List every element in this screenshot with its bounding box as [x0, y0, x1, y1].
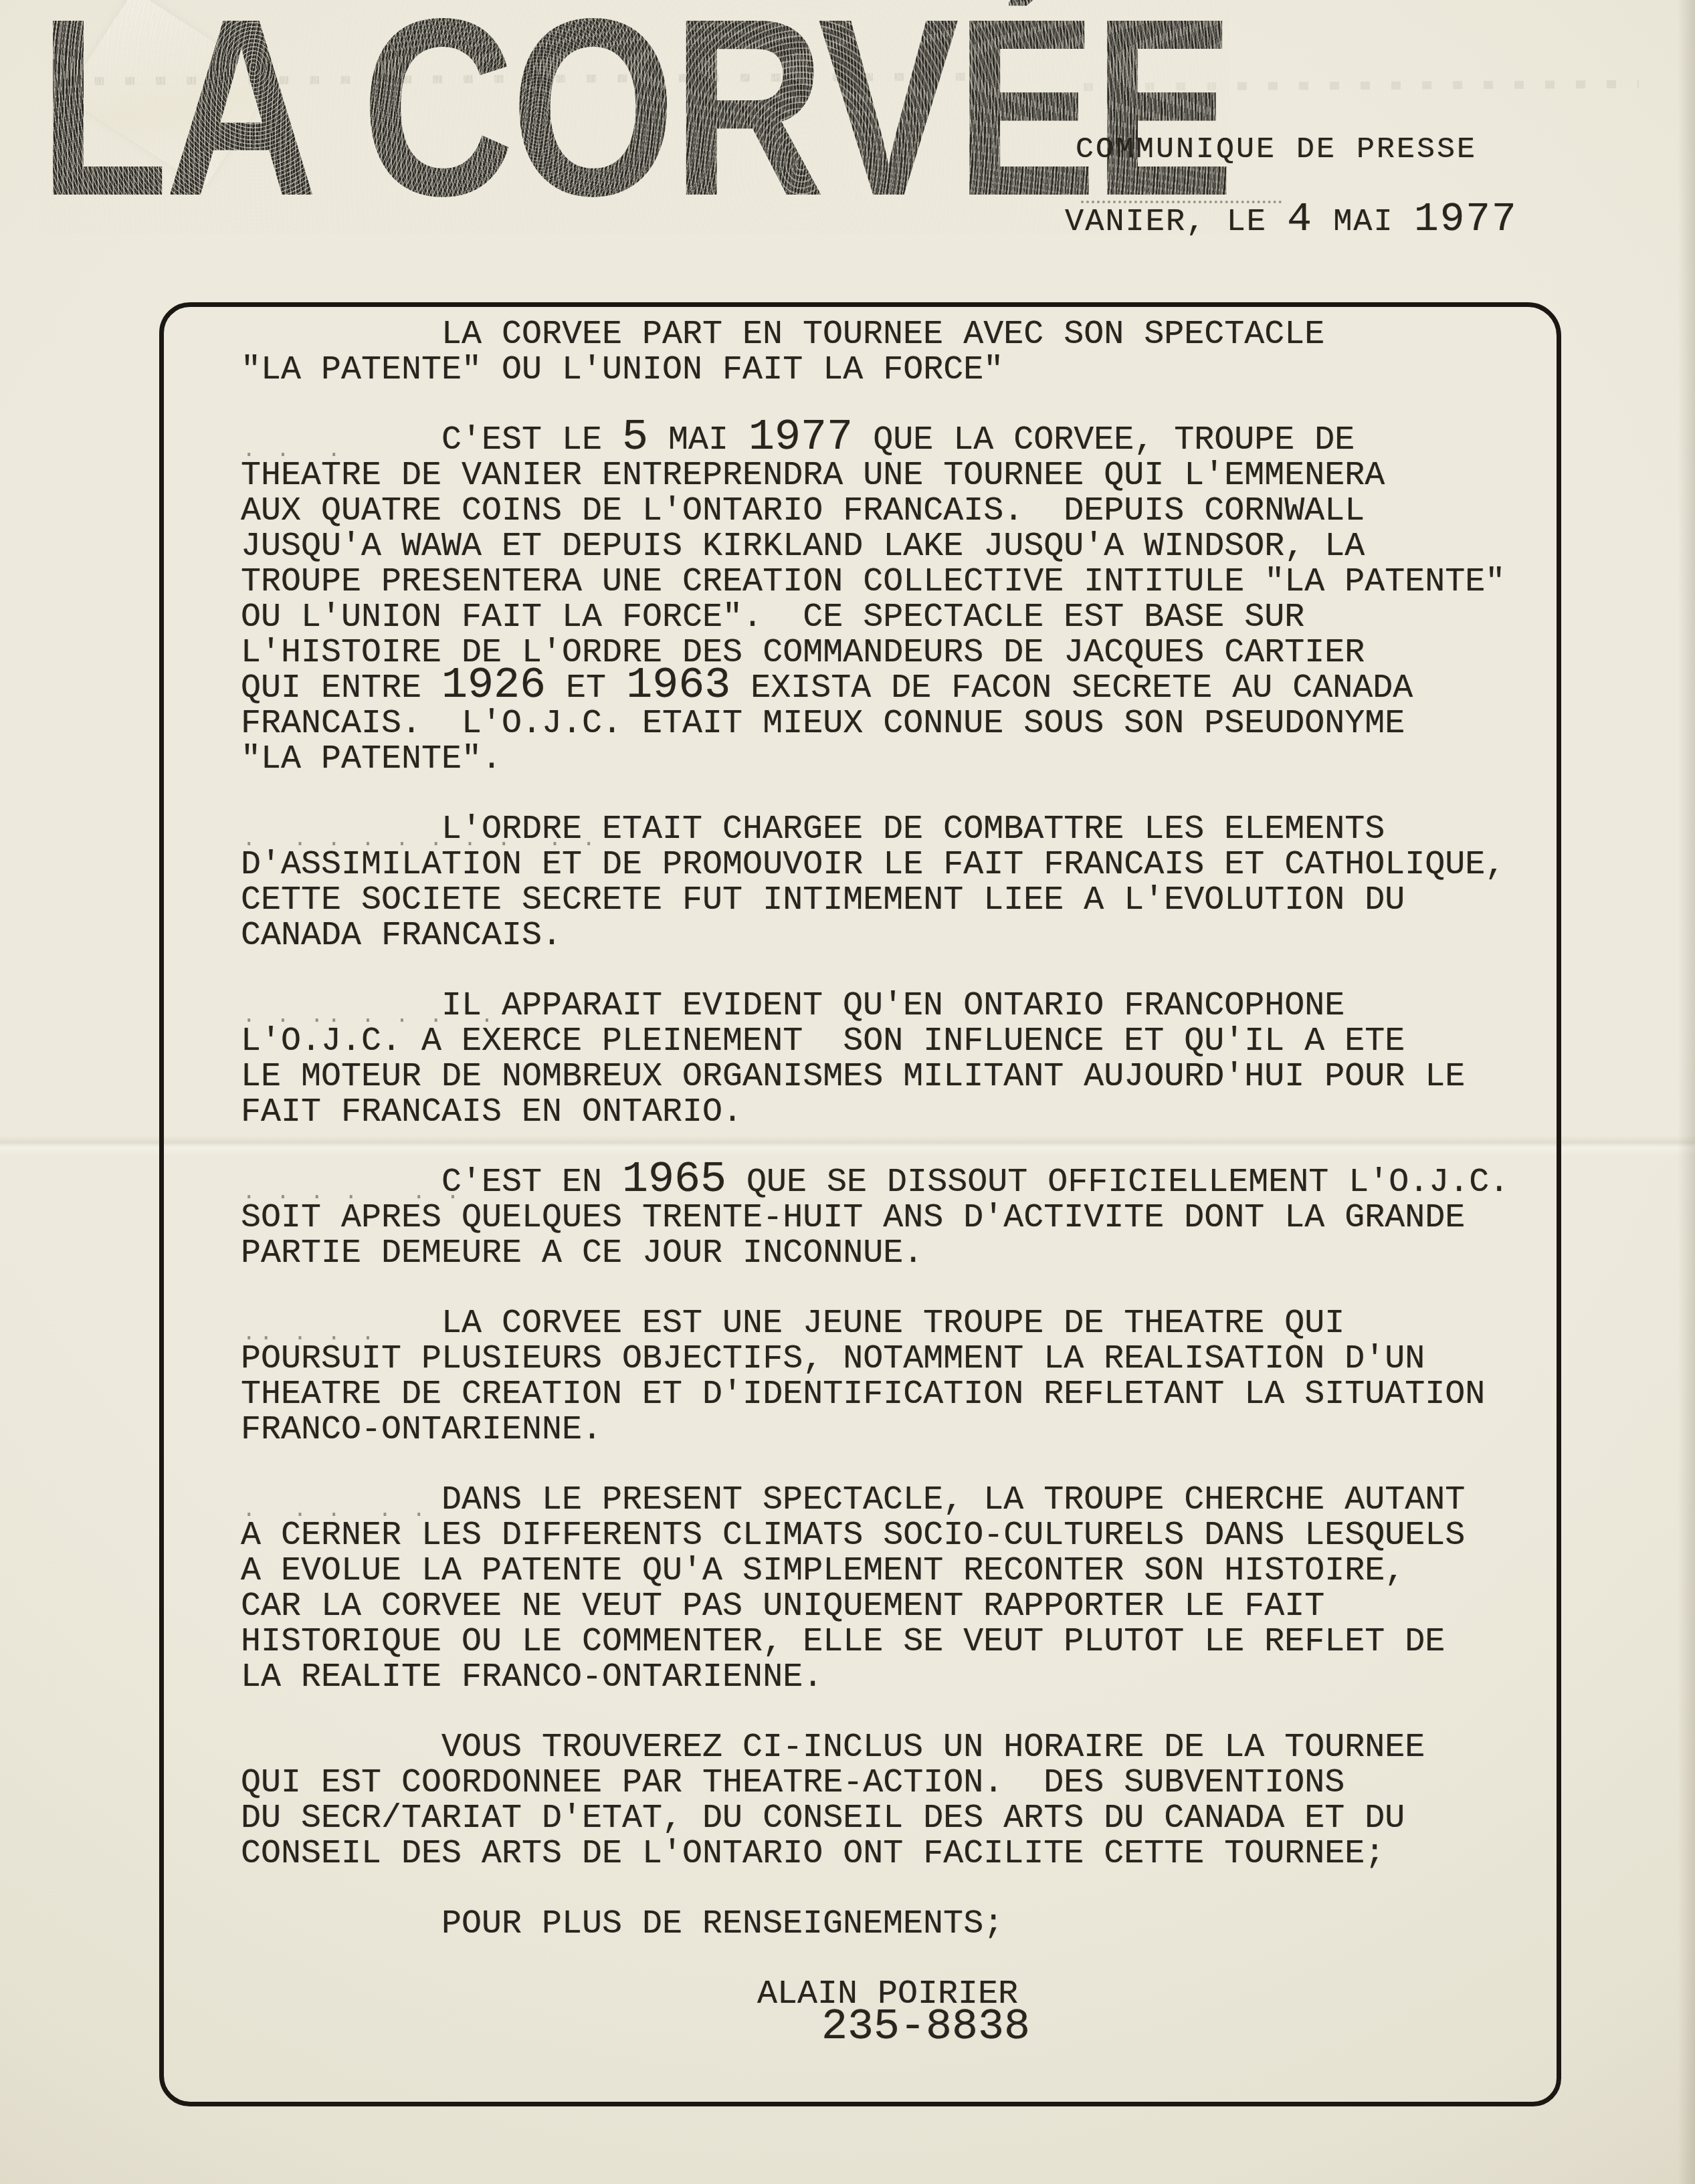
- signature-block: ALAIN POIRIER 235-8838: [757, 1977, 1545, 2048]
- typed-line: "LA PATENTE" OU L'UNION FAIT LA FORCE": [241, 352, 1545, 388]
- typed-line: FAIT FRANCAIS EN ONTARIO.: [241, 1095, 1545, 1130]
- typed-body: LA CORVEE PART EN TOURNEE AVEC SON SPECT…: [241, 317, 1545, 2048]
- typed-line: D'ASSIMILATION ET DE PROMOUVOIR LE FAIT …: [241, 847, 1545, 883]
- scan-edge-shadow: [1678, 0, 1695, 2184]
- typed-line: QUI ENTRE 1926 ET 1963 EXISTA DE FACON S…: [241, 671, 1545, 706]
- typed-line: OU L'UNION FAIT LA FORCE". CE SPECTACLE …: [241, 600, 1545, 635]
- typed-line: TROUPE PRESENTERA UNE CREATION COLLECTIV…: [241, 564, 1545, 600]
- paragraph: LA CORVEE EST UNE JEUNE TROUPE DE THEATR…: [241, 1306, 1545, 1448]
- typed-line: "LA PATENTE".: [241, 742, 1545, 777]
- typed-line: THEATRE DE VANIER ENTREPRENDRA UNE TOURN…: [241, 458, 1545, 494]
- dotted-separator: [1081, 201, 1282, 203]
- typed-line: PARTIE DEMEURE A CE JOUR INCONNUE.: [241, 1236, 1545, 1271]
- typed-line: POUR PLUS DE RENSEIGNEMENTS;: [241, 1906, 1545, 1942]
- typed-line: A EVOLUE LA PATENTE QU'A SIMPLEMENT RECO…: [241, 1553, 1545, 1589]
- typed-line: LA CORVEE PART EN TOURNEE AVEC SON SPECT…: [241, 317, 1545, 352]
- typed-line: CAR LA CORVEE NE VEUT PAS UNIQUEMENT RAP…: [241, 1589, 1545, 1624]
- typed-line: FRANCO-ONTARIENNE.: [241, 1412, 1545, 1448]
- typed-line: JUSQU'A WAWA ET DEPUIS KIRKLAND LAKE JUS…: [241, 529, 1545, 564]
- typed-line: CETTE SOCIETE SECRETE FUT INTIMEMENT LIE…: [241, 883, 1545, 918]
- typed-line: L'HISTOIRE DE L'ORDRE DES COMMANDEURS DE…: [241, 635, 1545, 671]
- scanned-press-release-page: { "document": { "logo": "LA CORVÉE", "pr…: [0, 0, 1695, 2184]
- typed-line: A CERNER LES DIFFERENTS CLIMATS SOCIO-CU…: [241, 1518, 1545, 1553]
- la-corvee-stamp-logo: LA CORVÉE: [39, 0, 1231, 234]
- signature-phone: 235-8838: [757, 2012, 1545, 2048]
- paragraph: VOUS TROUVEREZ CI-INCLUS UN HORAIRE DE L…: [241, 1730, 1545, 1872]
- typed-line: DANS LE PRESENT SPECTACLE, LA TROUPE CHE…: [241, 1483, 1545, 1518]
- press-release-label: COMMUNIQUE DE PRESSE: [1076, 132, 1477, 167]
- typed-line: CONSEIL DES ARTS DE L'ONTARIO ONT FACILI…: [241, 1836, 1545, 1872]
- paragraph: C'EST LE 5 MAI 1977 QUE LA CORVEE, TROUP…: [241, 423, 1545, 777]
- typed-line: LA CORVEE EST UNE JEUNE TROUPE DE THEATR…: [241, 1306, 1545, 1341]
- typed-line: L'ORDRE ETAIT CHARGEE DE COMBATTRE LES E…: [241, 812, 1545, 847]
- typed-line: CANADA FRANCAIS.: [241, 918, 1545, 954]
- typed-line: LE MOTEUR DE NOMBREUX ORGANISMES MILITAN…: [241, 1059, 1545, 1095]
- typed-line: C'EST EN 1965 QUE SE DISSOUT OFFICIELLEM…: [241, 1165, 1545, 1200]
- typed-line: THEATRE DE CREATION ET D'IDENTIFICATION …: [241, 1377, 1545, 1412]
- typed-line: IL APPARAIT EVIDENT QU'EN ONTARIO FRANCO…: [241, 988, 1545, 1024]
- paragraph: L'ORDRE ETAIT CHARGEE DE COMBATTRE LES E…: [241, 812, 1545, 954]
- typed-line: DU SECR/TARIAT D'ETAT, DU CONSEIL DES AR…: [241, 1801, 1545, 1836]
- paragraph: "LA PATENTE" OU L'UNION FAIT LA FORCE": [241, 352, 1545, 388]
- typed-line: FRANCAIS. L'O.J.C. ETAIT MIEUX CONNUE SO…: [241, 706, 1545, 742]
- paragraph: IL APPARAIT EVIDENT QU'EN ONTARIO FRANCO…: [241, 988, 1545, 1130]
- typed-line: SOIT APRES QUELQUES TRENTE-HUIT ANS D'AC…: [241, 1200, 1545, 1236]
- paragraph: LA CORVEE PART EN TOURNEE AVEC SON SPECT…: [241, 317, 1545, 352]
- typed-line: L'O.J.C. A EXERCE PLEINEMENT SON INFLUEN…: [241, 1024, 1545, 1059]
- typed-line: HISTORIQUE OU LE COMMENTER, ELLE SE VEUT…: [241, 1624, 1545, 1660]
- typed-line: AUX QUATRE COINS DE L'ONTARIO FRANCAIS. …: [241, 494, 1545, 529]
- paragraph: C'EST EN 1965 QUE SE DISSOUT OFFICIELLEM…: [241, 1165, 1545, 1271]
- paragraph: POUR PLUS DE RENSEIGNEMENTS;: [241, 1906, 1545, 1942]
- paragraph: DANS LE PRESENT SPECTACLE, LA TROUPE CHE…: [241, 1483, 1545, 1695]
- typed-line: C'EST LE 5 MAI 1977 QUE LA CORVEE, TROUP…: [241, 423, 1545, 458]
- typed-line: POURSUIT PLUSIEURS OBJECTIFS, NOTAMMENT …: [241, 1341, 1545, 1377]
- typed-line: VOUS TROUVEREZ CI-INCLUS UN HORAIRE DE L…: [241, 1730, 1545, 1765]
- typed-line: QUI EST COORDONNEE PAR THEATRE-ACTION. D…: [241, 1765, 1545, 1801]
- dateline: VANIER, LE 4 MAI 1977: [1065, 205, 1518, 240]
- typed-line: LA REALITE FRANCO-ONTARIENNE.: [241, 1660, 1545, 1695]
